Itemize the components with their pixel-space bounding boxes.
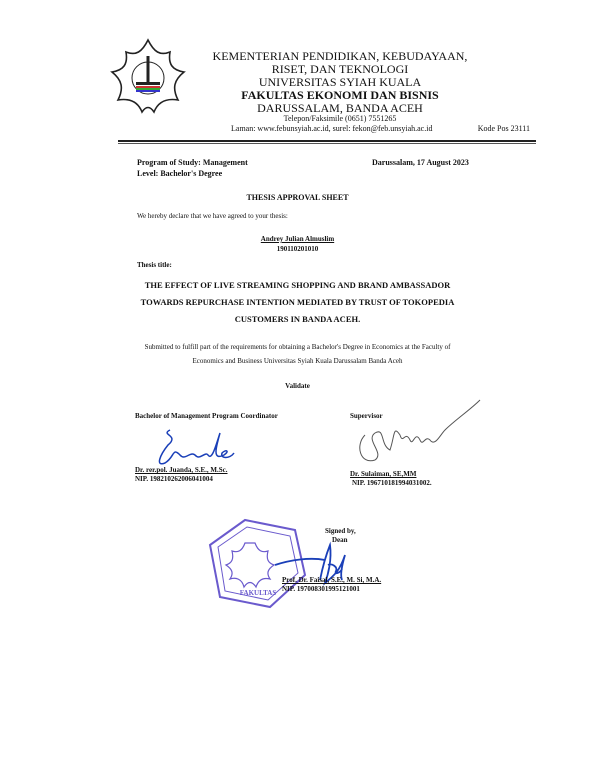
submission-line-1: Submitted to fulfill part of the require…: [0, 340, 595, 354]
svg-text:FAKULTAS: FAKULTAS: [240, 589, 277, 597]
coordinator-name: Dr. rer.pol. Juanda, S.E., M.Sc.: [135, 466, 228, 474]
postcode: Kode Pos 23111: [478, 124, 530, 133]
date: Darussalam, 17 August 2023: [372, 158, 469, 167]
thesis-title-line-2: TOWARDS REPURCHASE INTENTION MEDIATED BY…: [0, 294, 595, 311]
student-name: Andrey Julian Almuslim: [0, 235, 595, 243]
coordinator-name-text: Dr. rer.pol. Juanda, S.E., M.Sc.: [135, 466, 228, 474]
thesis-title-label: Thesis title:: [137, 261, 172, 269]
submission-statement: Submitted to fulfill part of the require…: [0, 340, 595, 368]
sheet-title: THESIS APPROVAL SHEET: [0, 193, 595, 202]
contact-line: Laman: www.febunsyiah.ac.id, surel: feko…: [190, 124, 530, 133]
phone: Telepon/Faksimile (0651) 7551265: [190, 115, 490, 123]
thesis-title-line-3: CUSTOMERS IN BANDA ACEH.: [0, 311, 595, 328]
dean-name-text: Prof. Dr. Faisal, S.E., M. Si, M.A.: [282, 576, 381, 584]
thesis-title: THE EFFECT OF LIVE STREAMING SHOPPING AN…: [0, 277, 595, 328]
supervisor-name-text: Dr. Sulaiman, SE,MM: [350, 470, 416, 478]
coordinator-nip: NIP. 198210262006041004: [135, 475, 213, 483]
submission-line-2: Economics and Business Universitas Syiah…: [0, 354, 595, 368]
program-of-study: Program of Study: Management: [137, 158, 248, 167]
website-email: Laman: www.febunsyiah.ac.id, surel: feko…: [231, 124, 432, 133]
coordinator-signature: [150, 425, 240, 470]
faculty-name: FAKULTAS EKONOMI DAN BISNIS: [190, 89, 490, 101]
dean-name: Prof. Dr. Faisal, S.E., M. Si, M.A.: [282, 576, 381, 584]
validate-label: Validate: [0, 382, 595, 390]
thesis-title-line-1: THE EFFECT OF LIVE STREAMING SHOPPING AN…: [0, 277, 595, 294]
degree-level: Level: Bachelor's Degree: [137, 169, 222, 178]
signed-by: Signed by,: [325, 527, 356, 535]
university-name: UNIVERSITAS SYIAH KUALA: [190, 76, 490, 88]
ministry-line-1: KEMENTERIAN PENDIDIKAN, KEBUDAYAAN,: [190, 50, 490, 62]
declaration: We hereby declare that we have agreed to…: [137, 212, 288, 220]
header-rule: [118, 140, 536, 142]
supervisor-signature: [345, 395, 485, 475]
supervisor-name: Dr. Sulaiman, SE,MM: [350, 470, 416, 478]
student-name-text: Andrey Julian Almuslim: [261, 235, 334, 243]
dean-nip: NIP. 197008301995121001: [282, 585, 360, 593]
student-id: 190110201010: [0, 245, 595, 253]
address: DARUSSALAM, BANDA ACEH: [190, 102, 490, 114]
header-rule-thin: [118, 143, 536, 144]
university-logo: [108, 36, 188, 116]
coordinator-role: Bachelor of Management Program Coordinat…: [135, 412, 278, 420]
ministry-line-2: RISET, DAN TEKNOLOGI: [190, 63, 490, 75]
supervisor-nip: NIP. 196710181994031002.: [352, 479, 432, 487]
